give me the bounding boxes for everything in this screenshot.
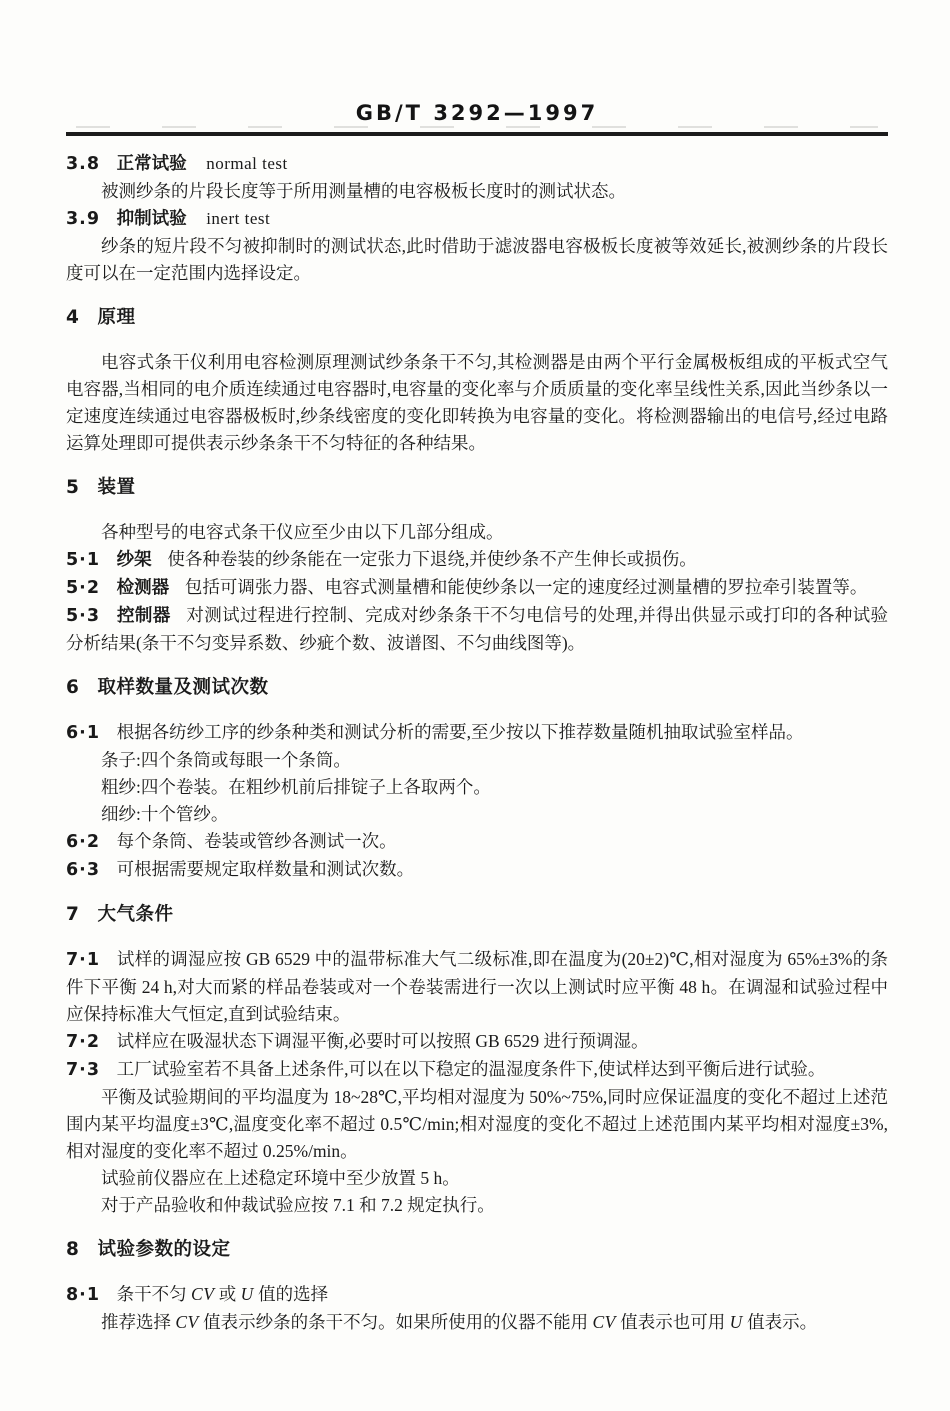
section-7-heading: 7大气条件: [66, 900, 888, 928]
variable-u: U: [241, 1284, 254, 1304]
clause-title-en: normal test: [206, 154, 288, 173]
section-number: 7: [66, 904, 80, 925]
section-4-paragraph: 电容式条干仪利用电容检测原理测试纱条条干不匀,其检测器是由两个平行金属极板组成的…: [66, 349, 888, 457]
section-4-heading: 4原理: [66, 303, 888, 331]
clause-5-3: 5·3控制器对测试过程进行控制、完成对纱条条干不匀电信号的处理,并得出供显示或打…: [66, 602, 888, 657]
clause-number: 5·2: [66, 578, 100, 598]
section-number: 4: [66, 307, 80, 328]
body-part: 值表示。: [743, 1312, 817, 1332]
section-number: 5: [66, 477, 80, 498]
clause-number: 7·2: [66, 1032, 100, 1052]
clause-5-1: 5·1纱架使各种卷装的纱条能在一定张力下退绕,并使纱条不产生伸长或损伤。: [66, 546, 888, 574]
clause-3-8-body: 被测纱条的片段长度等于所用测量槽的电容极板长度时的测试状态。: [66, 178, 888, 205]
clause-7-2: 7·2试样应在吸湿状态下调湿平衡,必要时可以按照 GB 6529 进行预调湿。: [66, 1028, 888, 1056]
section-6-heading: 6取样数量及测试次数: [66, 673, 888, 701]
variable-u: U: [730, 1312, 743, 1332]
section-number: 6: [66, 677, 80, 698]
body-part: 推荐选择: [101, 1312, 175, 1332]
header-rule: [66, 132, 888, 136]
clause-3-9-body: 纱条的短片段不匀被抑制时的测试状态,此时借助于滤波器电容极板长度被等效延长,被测…: [66, 233, 888, 287]
clause-text: 根据各纺纱工序的纱条种类和测试分析的需要,至少按以下推荐数量随机抽取试验室样品。: [117, 722, 804, 742]
clause-text: 试样的调湿应按 GB 6529 中的温带标准大气二级标准,即在温度为(20±2)…: [66, 949, 888, 1024]
variable-cv: CV: [175, 1312, 198, 1332]
sample-line-yarn: 细纱:十个管纱。: [66, 801, 888, 828]
clause-title-en: inert test: [206, 209, 270, 228]
clause-text: 每个条筒、卷装或管纱各测试一次。: [117, 831, 397, 851]
clause-text: 工厂试验室若不具备上述条件,可以在以下稳定的温湿度条件下,使试样达到平衡后进行试…: [117, 1059, 826, 1079]
clause-5-2: 5·2检测器包括可调张力器、电容式测量槽和能使纱条以一定的速度经过测量槽的罗拉牵…: [66, 574, 888, 602]
section-title: 试验参数的设定: [97, 1238, 230, 1259]
paragraph-acceptance-arbitration: 对于产品验收和仲裁试验应按 7.1 和 7.2 规定执行。: [66, 1192, 888, 1219]
paragraph-balance-conditions: 平衡及试验期间的平均温度为 18~28℃,平均相对湿度为 50%~75%,同时应…: [66, 1084, 888, 1165]
section-title: 装置: [97, 476, 135, 497]
document-body: 3.8正常试验normal test 被测纱条的片段长度等于所用测量槽的电容极板…: [66, 150, 888, 1336]
clause-number: 5·1: [66, 550, 100, 570]
clause-title-part: 条干不匀: [117, 1284, 191, 1304]
body-part: 值表示也可用: [616, 1312, 730, 1332]
section-title: 大气条件: [97, 903, 173, 924]
clause-text: 可根据需要规定取样数量和测试次数。: [117, 859, 415, 879]
body-part: 值表示纱条的条干不匀。如果所使用的仪器不能用: [199, 1312, 593, 1332]
paragraph-instrument-rest: 试验前仪器应在上述稳定环境中至少放置 5 h。: [66, 1165, 888, 1192]
sample-line-roving: 粗纱:四个卷装。在粗纱机前后排锭子上各取两个。: [66, 774, 888, 801]
clause-7-3: 7·3工厂试验室若不具备上述条件,可以在以下稳定的温湿度条件下,使试样达到平衡后…: [66, 1056, 888, 1084]
clause-text: 包括可调张力器、电容式测量槽和能使纱条以一定的速度经过测量槽的罗拉牵引装置等。: [185, 577, 868, 597]
clause-3-9-heading: 3.9抑制试验inert test: [66, 205, 888, 233]
document-page: GB/T 3292—1997 3.8正常试验normal test 被测纱条的片…: [0, 0, 950, 1411]
clause-number: 6·2: [66, 832, 100, 852]
device-name: 纱架: [117, 549, 152, 569]
clause-number: 6·1: [66, 723, 100, 743]
section-5-heading: 5装置: [66, 473, 888, 501]
page-header: GB/T 3292—1997: [66, 0, 888, 136]
clause-3-8-heading: 3.8正常试验normal test: [66, 150, 888, 178]
clause-8-1-body: 推荐选择 CV 值表示纱条的条干不匀。如果所使用的仪器不能用 CV 值表示也可用…: [66, 1309, 888, 1336]
clause-7-1: 7·1试样的调湿应按 GB 6529 中的温带标准大气二级标准,即在温度为(20…: [66, 946, 888, 1028]
section-5-intro: 各种型号的电容式条干仪应至少由以下几部分组成。: [66, 519, 888, 546]
clause-number: 3.8: [66, 154, 100, 174]
section-title: 取样数量及测试次数: [97, 676, 268, 697]
clause-number: 7·1: [66, 950, 100, 970]
clause-number: 3.9: [66, 209, 100, 229]
clause-title-zh: 正常试验: [117, 153, 187, 173]
section-title: 原理: [97, 306, 135, 327]
sample-line-sliver: 条子:四个条筒或每眼一个条筒。: [66, 747, 888, 774]
clause-title-part: 值的选择: [254, 1284, 328, 1304]
clause-6-2: 6·2每个条筒、卷装或管纱各测试一次。: [66, 828, 888, 856]
clause-title-part: 或: [214, 1284, 240, 1304]
clause-text: 使各种卷装的纱条能在一定张力下退绕,并使纱条不产生伸长或损伤。: [167, 549, 696, 569]
clause-number: 6·3: [66, 860, 100, 880]
clause-title-zh: 抑制试验: [117, 208, 187, 228]
clause-text: 试样应在吸湿状态下调湿平衡,必要时可以按照 GB 6529 进行预调湿。: [117, 1031, 649, 1051]
clause-number: 7·3: [66, 1060, 100, 1080]
section-8-heading: 8试验参数的设定: [66, 1235, 888, 1263]
device-name: 检测器: [117, 577, 170, 597]
clause-6-1: 6·1根据各纺纱工序的纱条种类和测试分析的需要,至少按以下推荐数量随机抽取试验室…: [66, 719, 888, 747]
device-name: 控制器: [117, 605, 171, 625]
clause-6-3: 6·3可根据需要规定取样数量和测试次数。: [66, 856, 888, 884]
section-number: 8: [66, 1239, 80, 1260]
standard-number: GB/T 3292—1997: [66, 0, 888, 125]
clause-text: 对测试过程进行控制、完成对纱条条干不匀电信号的处理,并得出供显示或打印的各种试验…: [66, 605, 888, 653]
variable-cv: CV: [191, 1284, 214, 1304]
clause-number: 8·1: [66, 1285, 100, 1305]
clause-number: 5·3: [66, 606, 100, 626]
clause-8-1-heading: 8·1条干不匀 CV 或 U 值的选择: [66, 1281, 888, 1309]
variable-cv: CV: [593, 1312, 616, 1332]
